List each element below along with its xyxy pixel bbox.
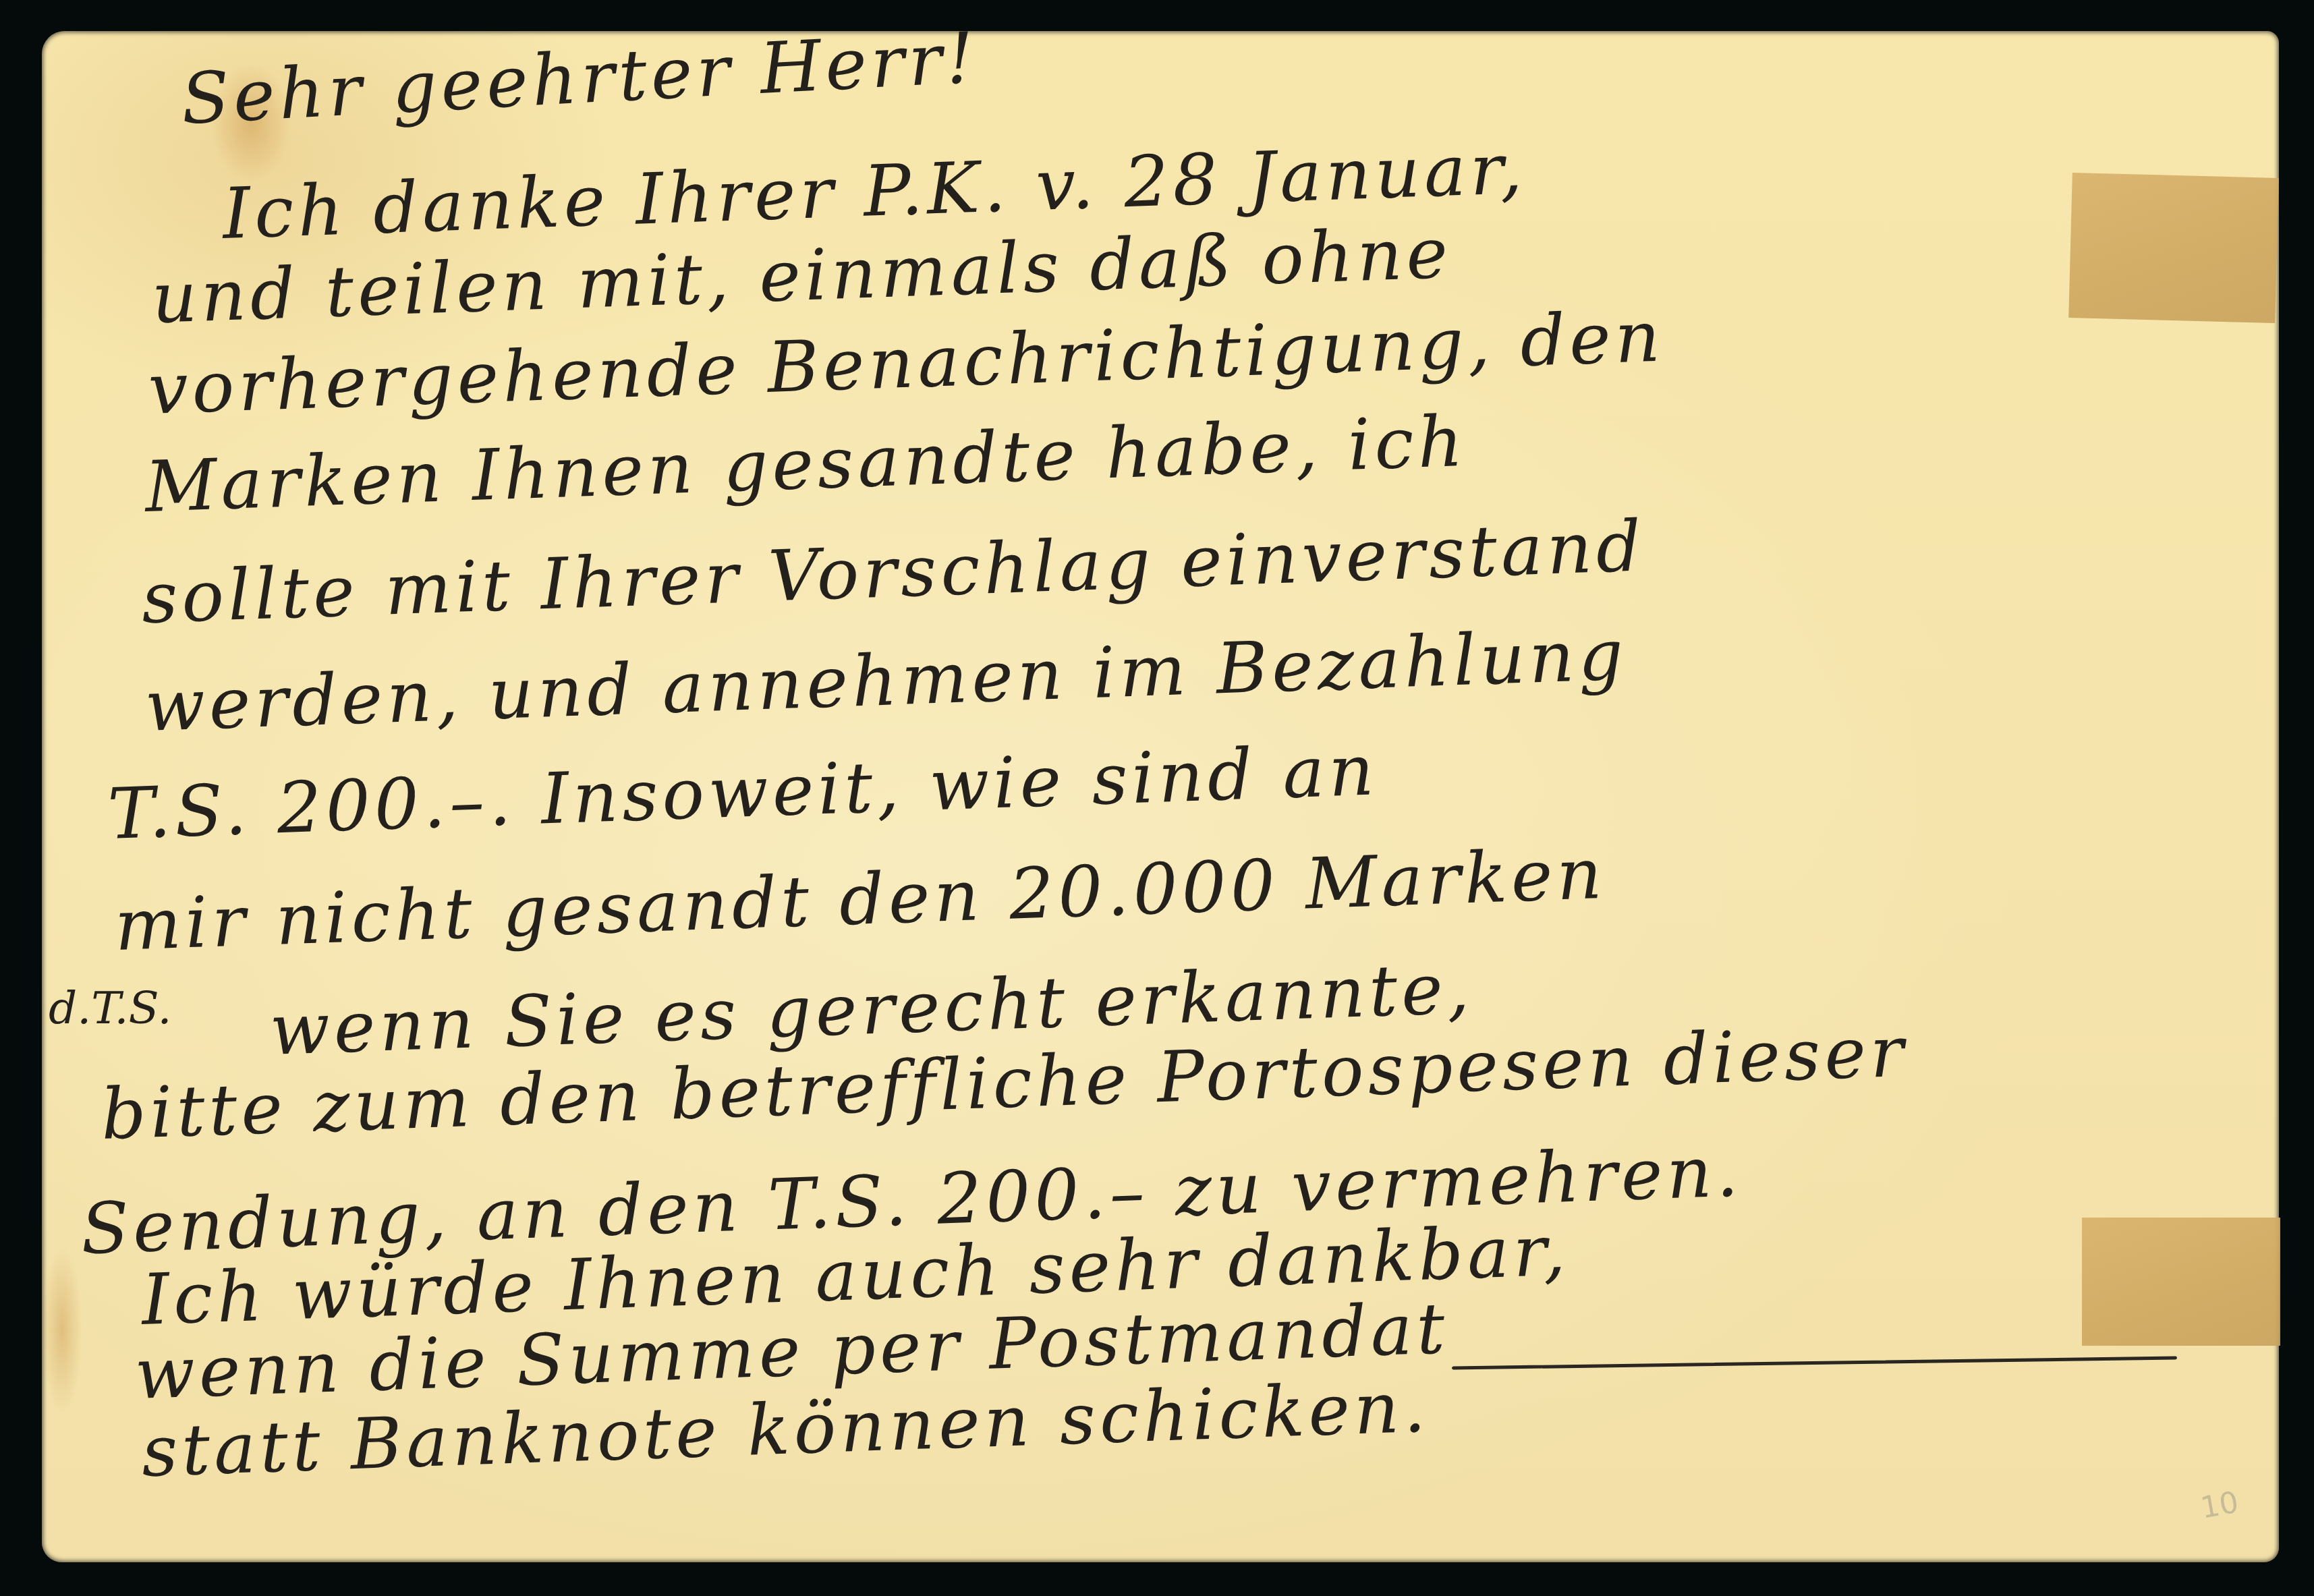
margin-note: d.T.S. [49, 982, 171, 1034]
letter-line: werden, und annehmen im Bezahlung [144, 613, 1629, 747]
pencil-mark: 10 [2198, 1485, 2241, 1526]
letter-line: sollte mit Ihrer Vorschlag einverstand [140, 505, 1647, 639]
letter-line: T.S. 200.–. Insoweit, wie sind an [107, 729, 1380, 855]
stamp-hinge-remnant [2082, 1218, 2280, 1346]
salutation: Sehr geehrter Herr! [179, 16, 980, 140]
letter-line: mir nicht gesandt den 20.000 Marken [113, 832, 1608, 967]
handwritten-letter: Sehr geehrter Herr! Ich danke Ihrer P.K.… [42, 31, 2279, 1562]
stamp-hinge-remnant [2068, 173, 2279, 323]
underline [1452, 1356, 2177, 1369]
postcard: Sehr geehrter Herr! Ich danke Ihrer P.K.… [42, 31, 2279, 1562]
